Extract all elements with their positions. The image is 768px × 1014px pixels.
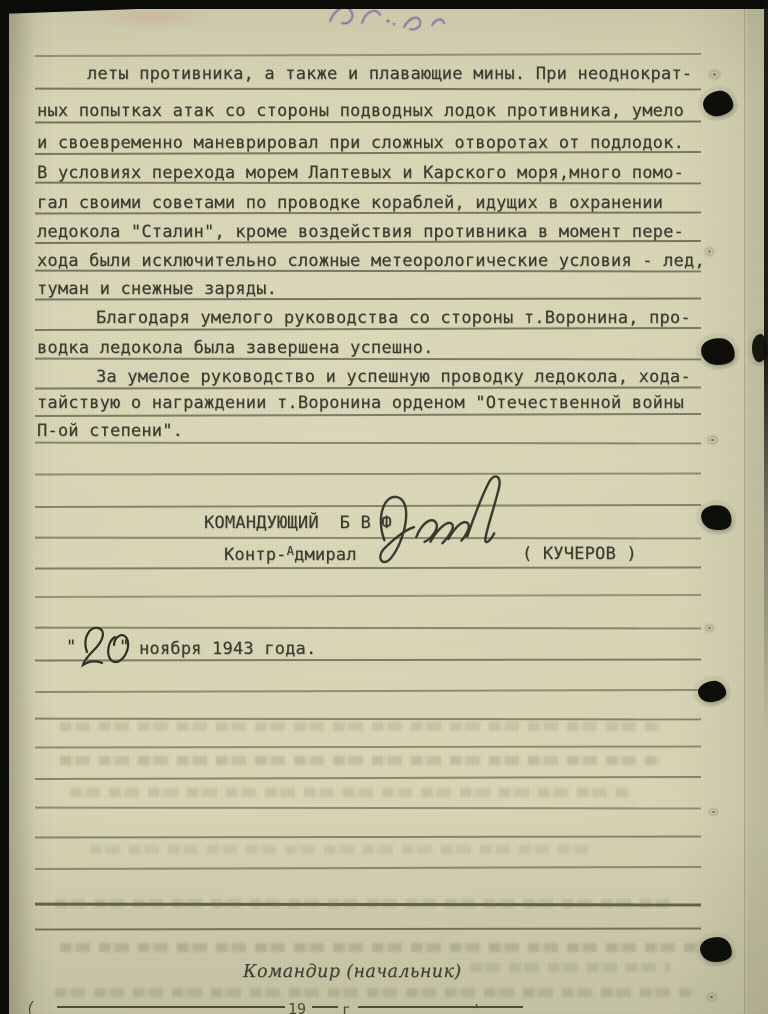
scanned-document-page: леты противника, а также и плавающие мин… xyxy=(0,0,768,1014)
rank-suffix: дмирал xyxy=(294,545,357,565)
ink-blot xyxy=(699,502,735,533)
date-typed-text: ноября 1943 года. xyxy=(139,639,316,659)
date-close-quote: " xyxy=(119,637,129,657)
ruled-line xyxy=(35,866,701,870)
fragment-19: 19 xyxy=(288,1000,306,1014)
ruled-line xyxy=(35,836,701,839)
typed-line: Благодаря умелого руководства со стороны… xyxy=(96,308,691,328)
ink-blot xyxy=(699,936,733,963)
ruled-line xyxy=(35,442,701,444)
bleedthrough-text-row xyxy=(60,943,700,952)
ruled-line xyxy=(35,689,701,693)
signature-scrawl xyxy=(366,473,530,584)
ruled-line xyxy=(35,718,701,720)
bleedthrough-text-row xyxy=(70,788,630,797)
rank-superscript: А xyxy=(287,544,294,558)
typed-line: гал своими советами по проводке кораблей… xyxy=(37,193,663,213)
bleedthrough-text-row xyxy=(55,988,695,997)
ruled-line xyxy=(35,594,701,598)
punch-hole-mark xyxy=(702,989,721,1005)
fragment-g: г xyxy=(342,1001,351,1014)
ruled-line xyxy=(35,53,701,57)
fragment-tick: ' xyxy=(472,1001,481,1014)
ruled-line xyxy=(35,88,701,90)
rank-line: Контр-Адмирал xyxy=(224,544,357,565)
typed-line: П-ой степени". xyxy=(37,421,183,441)
printed-footer-label: Командир (начальник) xyxy=(243,962,462,982)
rank-prefix: Контр- xyxy=(224,545,287,565)
surname-line: ( КУЧЕРОВ ) xyxy=(522,544,637,564)
ruled-line xyxy=(35,928,701,931)
ruled-line xyxy=(35,776,701,780)
typed-line: За умелое руководство и успешную проводк… xyxy=(96,367,691,387)
page-edge-right xyxy=(764,0,768,1014)
ink-blot xyxy=(697,680,727,704)
typed-line: водка ледокола была завершена успешно. xyxy=(37,338,434,358)
typed-line: туман и снежные заряды. xyxy=(37,279,277,299)
bleedthrough-text-row xyxy=(470,963,670,972)
punch-hole-mark xyxy=(704,66,725,83)
typed-line: тайствую о награждении т.Воронина ордено… xyxy=(37,393,684,413)
page-edge-left xyxy=(0,0,9,1014)
ruled-line xyxy=(35,473,701,476)
ruled-line xyxy=(35,627,701,629)
bleedthrough-text-row xyxy=(55,899,675,908)
typed-line: ных попытках атак со стороны подводных л… xyxy=(37,101,684,121)
date-open-quote: " xyxy=(66,637,76,657)
bleedthrough-text-row xyxy=(90,845,590,854)
ink-blot xyxy=(701,89,734,118)
punch-hole-mark xyxy=(701,621,718,635)
typed-line: ледокола "Сталин", кроме воздействия про… xyxy=(37,222,684,242)
ruled-line xyxy=(35,659,701,662)
typed-line: В условиях перехода морем Лаптевых и Кар… xyxy=(37,163,684,183)
commander-title-line: КОМАНДУЮЩИЙ Б В Ф xyxy=(204,513,392,533)
ruled-line xyxy=(35,746,701,749)
ink-blot xyxy=(700,336,737,366)
ruled-line xyxy=(35,567,701,570)
punch-hole-mark xyxy=(703,432,722,448)
ruled-line xyxy=(35,413,701,417)
ruled-line xyxy=(35,807,701,809)
typed-line: леты противника, а также и плавающие мин… xyxy=(87,64,692,84)
punch-hole-mark xyxy=(705,805,722,819)
typed-line: хода были исключительно сложные метеорол… xyxy=(37,251,705,271)
left-edge-shadow xyxy=(9,0,35,1014)
bleedthrough-text-row xyxy=(60,722,660,731)
bleedthrough-text-row xyxy=(60,756,660,765)
typed-line: и своевременно маневрировал при сложных … xyxy=(37,133,684,153)
